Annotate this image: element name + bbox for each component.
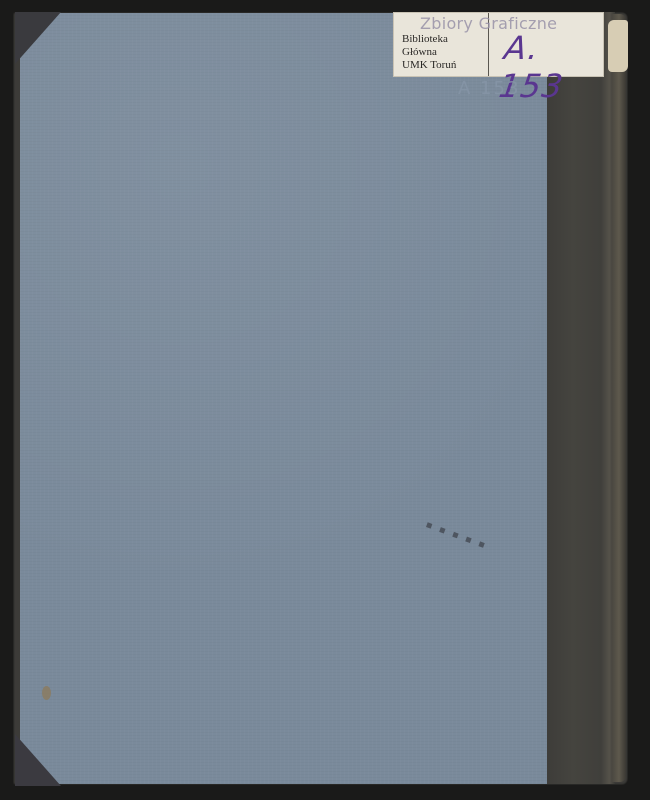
stain-mark <box>42 686 51 700</box>
library-label: Zbiory Graficzne Biblioteka Główna UMK T… <box>393 12 604 77</box>
pencil-note: A 153 <box>458 78 520 99</box>
cover-paper <box>20 13 547 784</box>
cloth-corner-bottom-left <box>15 734 61 786</box>
cloth-corner-top-left <box>15 12 61 64</box>
label-line: Biblioteka <box>402 33 456 46</box>
library-name: Biblioteka Główna UMK Toruń <box>402 33 456 72</box>
label-line: UMK Toruń <box>402 59 456 72</box>
label-line: Główna <box>402 46 456 59</box>
spine-edge <box>612 14 626 782</box>
cloth-spine <box>545 12 615 784</box>
spine-tear <box>608 20 628 72</box>
